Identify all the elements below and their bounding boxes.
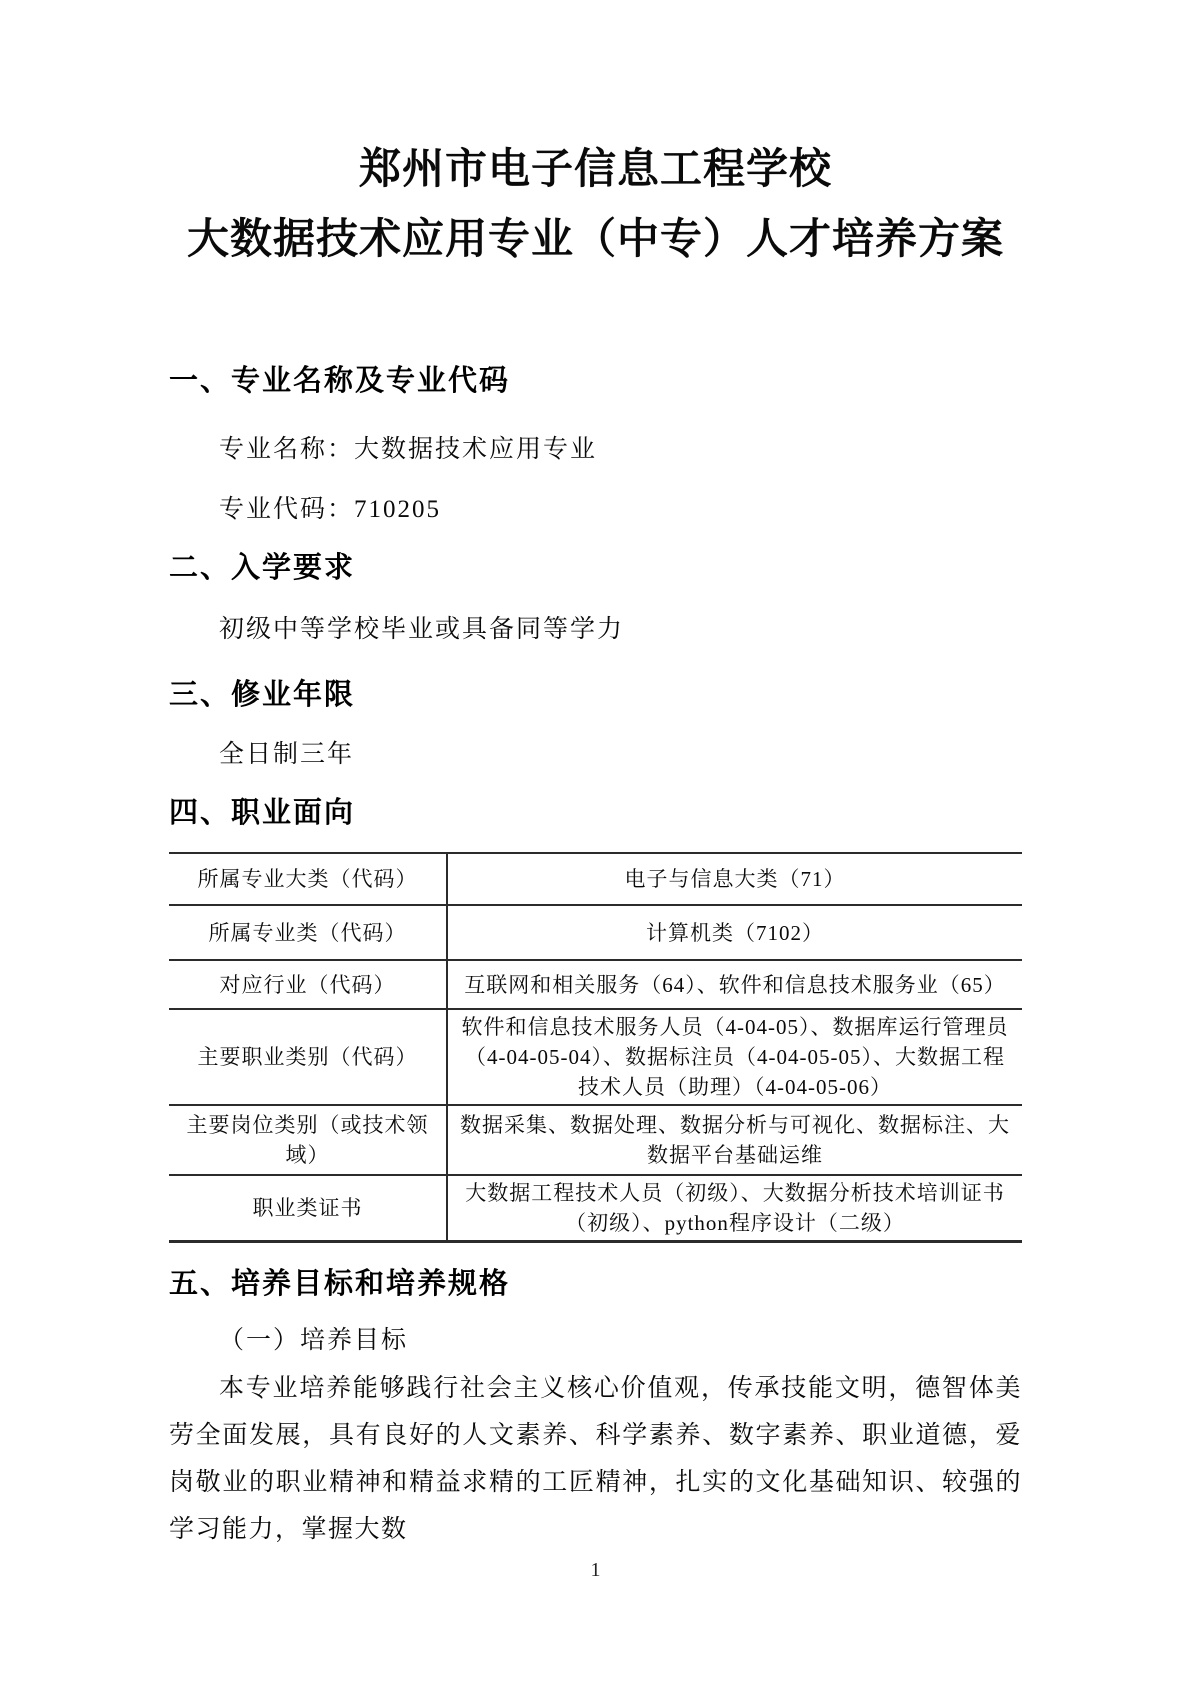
document-title-line1: 郑州市电子信息工程学校 bbox=[0, 135, 1191, 205]
paragraph-training-goal: 本专业培养能够践行社会主义核心价值观，传承技能文明，德智体美劳全面发展，具有良好… bbox=[169, 1365, 1022, 1553]
table-row-label: 主要职业类别（代码） bbox=[169, 1009, 447, 1105]
paragraph-major-name: 专业名称：大数据技术应用专业 bbox=[169, 435, 1022, 465]
table-row: 主要岗位类别（或技术领域） 数据采集、数据处理、数据分析与可视化、数据标注、大数… bbox=[169, 1105, 1022, 1175]
table-row: 对应行业（代码） 互联网和相关服务（64）、软件和信息技术服务业（65） bbox=[169, 960, 1022, 1009]
table-row-value: 互联网和相关服务（64）、软件和信息技术服务业（65） bbox=[447, 960, 1022, 1009]
career-orientation-table: 所属专业大类（代码） 电子与信息大类（71） 所属专业类（代码） 计算机类（71… bbox=[169, 852, 1022, 1243]
page-number: 1 bbox=[0, 1556, 1191, 1584]
table-row-value: 大数据工程技术人员（初级）、大数据分析技术培训证书（初级）、python程序设计… bbox=[447, 1175, 1022, 1242]
table-row: 所属专业大类（代码） 电子与信息大类（71） bbox=[169, 853, 1022, 905]
document-page: 郑州市电子信息工程学校 大数据技术应用专业（中专）人才培养方案 一、专业名称及专… bbox=[0, 0, 1191, 1684]
table-row-label: 所属专业类（代码） bbox=[169, 905, 447, 960]
paragraph-study-duration: 全日制三年 bbox=[169, 740, 1022, 770]
table-row-value: 计算机类（7102） bbox=[447, 905, 1022, 960]
table-row-label: 对应行业（代码） bbox=[169, 960, 447, 1009]
table-row: 主要职业类别（代码） 软件和信息技术服务人员（4-04-05）、数据库运行管理员… bbox=[169, 1009, 1022, 1105]
section-heading-major-name-code: 一、专业名称及专业代码 bbox=[169, 366, 1022, 396]
table-row-label: 主要岗位类别（或技术领域） bbox=[169, 1105, 447, 1175]
document-body: 一、专业名称及专业代码 专业名称：大数据技术应用专业 专业代码：710205 二… bbox=[0, 366, 1191, 1553]
section-heading-career-orientation: 四、职业面向 bbox=[169, 798, 1022, 828]
table-row-label: 职业类证书 bbox=[169, 1175, 447, 1242]
subheading-training-goal: （一）培养目标 bbox=[169, 1326, 1022, 1356]
section-heading-training-goals: 五、培养目标和培养规格 bbox=[169, 1269, 1022, 1299]
table-row-value: 软件和信息技术服务人员（4-04-05）、数据库运行管理员（4-04-05-04… bbox=[447, 1009, 1022, 1105]
document-title-line2: 大数据技术应用专业（中专）人才培养方案 bbox=[0, 205, 1191, 275]
table-row: 所属专业类（代码） 计算机类（7102） bbox=[169, 905, 1022, 960]
paragraph-entry-requirements: 初级中等学校毕业或具备同等学力 bbox=[169, 615, 1022, 645]
table-row-value: 数据采集、数据处理、数据分析与可视化、数据标注、大数据平台基础运维 bbox=[447, 1105, 1022, 1175]
table-row: 职业类证书 大数据工程技术人员（初级）、大数据分析技术培训证书（初级）、pyth… bbox=[169, 1175, 1022, 1242]
section-heading-entry-requirements: 二、入学要求 bbox=[169, 553, 1022, 583]
paragraph-major-code: 专业代码：710205 bbox=[169, 495, 1022, 525]
section-heading-study-duration: 三、修业年限 bbox=[169, 680, 1022, 710]
table-row-value: 电子与信息大类（71） bbox=[447, 853, 1022, 905]
document-title: 郑州市电子信息工程学校 大数据技术应用专业（中专）人才培养方案 bbox=[0, 0, 1191, 275]
table-row-label: 所属专业大类（代码） bbox=[169, 853, 447, 905]
